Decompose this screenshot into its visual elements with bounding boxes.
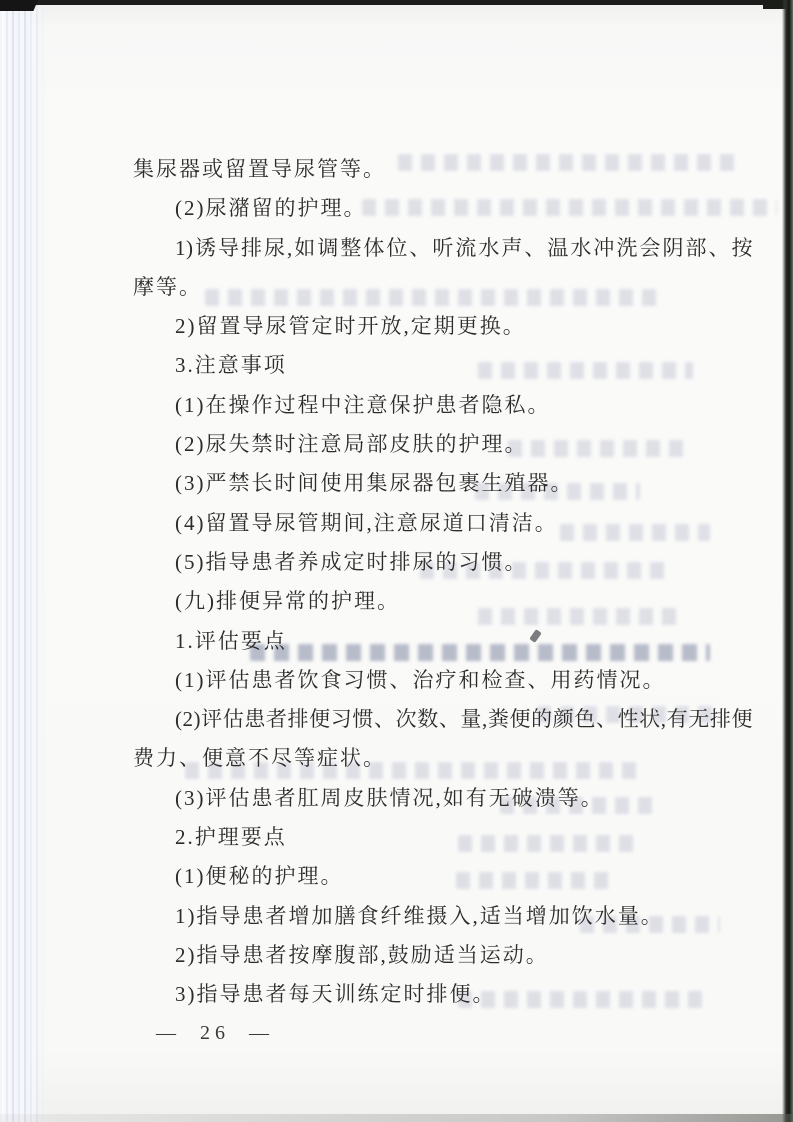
text-line: 2)留置导尿管定时开放,定期更换。 <box>133 307 753 346</box>
text-line: 费力、便意不尽等症状。 <box>133 739 753 778</box>
scan-top-left-corner <box>0 0 38 11</box>
text-line: (2)尿潴留的护理。 <box>133 189 753 228</box>
text-line: 1.评估要点 <box>133 622 753 661</box>
text-line: 集尿器或留置导尿管等。 <box>133 150 753 189</box>
text-line: (2)尿失禁时注意局部皮肤的护理。 <box>133 425 753 464</box>
text-line: (1)便秘的护理。 <box>133 857 753 896</box>
text-line: (3)严禁长时间使用集尿器包裹生殖器。 <box>133 464 753 503</box>
text-line: (5)指导患者养成定时排尿的习惯。 <box>133 543 753 582</box>
text-line: 1)诱导排尿,如调整体位、听流水声、温水冲洗会阴部、按 <box>133 229 753 268</box>
text-line: 3)指导患者每天训练定时排便。 <box>133 975 753 1014</box>
text-line: 2.护理要点 <box>133 818 753 857</box>
text-line: (2)评估患者排便习惯、次数、量,粪便的颜色、性状,有无排便 <box>133 700 753 739</box>
text-line: 1)指导患者增加膳食纤维摄入,适当增加饮水量。 <box>133 897 753 936</box>
scan-top-edge <box>0 0 793 5</box>
book-spine-right-edge <box>782 0 793 1122</box>
text-line: 3.注意事项 <box>133 346 753 385</box>
scanned-page: 集尿器或留置导尿管等。(2)尿潴留的护理。1)诱导排尿,如调整体位、听流水声、温… <box>0 0 793 1122</box>
page-stack-left-edge <box>0 4 48 1122</box>
text-line: (3)评估患者肛周皮肤情况,如有无破溃等。 <box>133 779 753 818</box>
text-line: (1)在操作过程中注意保护患者隐私。 <box>133 386 753 425</box>
text-line: (4)留置导尿管期间,注意尿道口清洁。 <box>133 504 753 543</box>
text-line: 2)指导患者按摩腹部,鼓励适当运动。 <box>133 936 753 975</box>
text-line: (九)排便异常的护理。 <box>133 582 753 621</box>
page-number: — 26 — <box>156 1022 274 1045</box>
text-line: (1)评估患者饮食习惯、治疗和检查、用药情况。 <box>133 661 753 700</box>
text-line: 摩等。 <box>133 268 753 307</box>
scan-bottom-edge <box>0 1114 793 1122</box>
text-block: 集尿器或留置导尿管等。(2)尿潴留的护理。1)诱导排尿,如调整体位、听流水声、温… <box>133 150 753 1015</box>
